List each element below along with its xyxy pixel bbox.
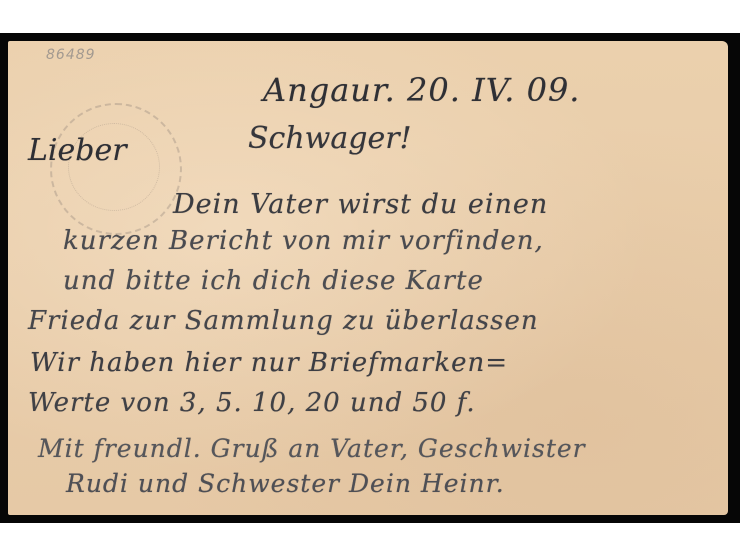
body-line-8-signature: Rudi und Schwester Dein Heinr. xyxy=(66,469,505,498)
body-line-6: Werte von 3, 5. 10, 20 und 50 f. xyxy=(28,388,476,418)
postcard: 86489 Angaur. 20. IV. 09. Lieber Schwage… xyxy=(8,41,728,515)
body-line-7: Mit freundl. Gruß an Vater, Geschwister xyxy=(38,434,586,463)
body-line-2: kurzen Bericht von mir vorfinden, xyxy=(63,226,544,256)
archive-number: 86489 xyxy=(46,47,96,63)
body-line-3: und bitte ich dich diese Karte xyxy=(63,266,484,296)
body-line-4: Frieda zur Sammlung zu überlassen xyxy=(28,306,539,336)
greeting-word-1: Lieber xyxy=(28,133,127,168)
greeting-word-2: Schwager! xyxy=(248,121,412,156)
body-line-5: Wir haben hier nur Briefmarken= xyxy=(30,348,508,378)
body-line-1: Dein Vater wirst du einen xyxy=(173,189,548,220)
date-line: Angaur. 20. IV. 09. xyxy=(263,71,580,109)
